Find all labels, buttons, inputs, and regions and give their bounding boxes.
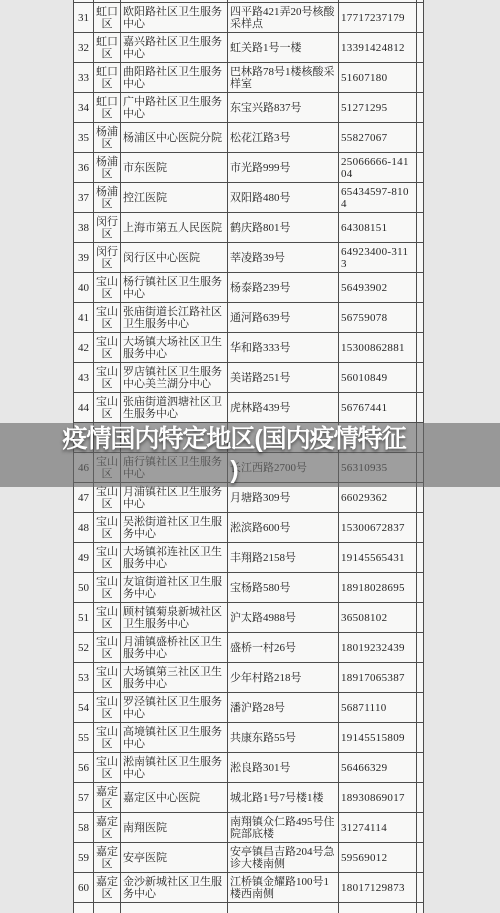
address-cell: 虹关路1号一楼: [228, 33, 339, 63]
address-cell: 少年村路218号: [228, 663, 339, 693]
row-number-cell: 53: [74, 663, 94, 693]
table-edge-gap-cell: [417, 123, 424, 153]
row-number-cell: 60: [74, 873, 94, 903]
institution-name-cell: 上海市第五人民医院: [121, 213, 228, 243]
table-row: 52 宝山区 月浦镇盛桥社区卫生服务中心 盛桥一村26号 18019232439: [74, 633, 424, 663]
address-cell: 莘凌路39号: [228, 243, 339, 273]
row-number-cell: 48: [74, 513, 94, 543]
table-edge-gap-cell: [417, 723, 424, 753]
table-row: 56 宝山区 淞南镇社区卫生服务中心 淞良路301号 56466329: [74, 753, 424, 783]
row-number-cell: 38: [74, 213, 94, 243]
address-cell: 城北路1号7号楼1楼: [228, 783, 339, 813]
phone-cell: 13391424812: [339, 33, 417, 63]
institution-name-cell: 高境镇社区卫生服务中心: [121, 723, 228, 753]
table-row: 51 宝山区 顾村镇菊泉新城社区卫生服务中心 沪太路4988号 36508102: [74, 603, 424, 633]
phone-cell: 66029362: [339, 483, 417, 513]
district-cell: 嘉定区: [94, 873, 121, 903]
table-edge-gap-cell: [417, 63, 424, 93]
table-row: 36 杨浦区 市东医院 市光路999号 25066666-14104: [74, 153, 424, 183]
district-cell: 宝山区: [94, 363, 121, 393]
district-cell: 闵行区: [94, 243, 121, 273]
row-number-cell: 59: [74, 843, 94, 873]
table-row: 31 虹口区 欧阳路社区卫生服务中心 四平路421弄20号核酸采样点 17717…: [74, 3, 424, 33]
institution-name-cell: 曲阳路社区卫生服务中心: [121, 63, 228, 93]
table-edge-gap-cell: [417, 153, 424, 183]
table-edge-gap-cell: [417, 873, 424, 903]
row-number-cell: [74, 903, 94, 913]
row-number-cell: 56: [74, 753, 94, 783]
address-cell: 巴林路78号1楼核酸采样室: [228, 63, 339, 93]
table-row: 33 虹口区 曲阳路社区卫生服务中心 巴林路78号1楼核酸采样室 5160718…: [74, 63, 424, 93]
district-cell: 杨浦区: [94, 123, 121, 153]
district-cell: 宝山区: [94, 633, 121, 663]
institution-name-cell: 金沙新城社区卫生服务中心: [121, 873, 228, 903]
phone-cell: [339, 903, 417, 913]
row-number-cell: 55: [74, 723, 94, 753]
table-row: 38 闵行区 上海市第五人民医院 鹤庆路801号 64308151: [74, 213, 424, 243]
row-number-cell: 41: [74, 303, 94, 333]
phone-cell: 59569012: [339, 843, 417, 873]
table-edge-gap-cell: [417, 303, 424, 333]
address-cell: 华和路333号: [228, 333, 339, 363]
row-number-cell: 57: [74, 783, 94, 813]
table-edge-gap-cell: [417, 483, 424, 513]
address-cell: 松花江路3号: [228, 123, 339, 153]
phone-cell: 51607180: [339, 63, 417, 93]
scanned-document-page: 31 虹口区 欧阳路社区卫生服务中心 四平路421弄20号核酸采样点 17717…: [0, 0, 500, 913]
address-cell: 双阳路480号: [228, 183, 339, 213]
district-cell: 虹口区: [94, 93, 121, 123]
phone-cell: 18930869017: [339, 783, 417, 813]
district-cell: 虹口区: [94, 3, 121, 33]
address-cell: 美诺路251号: [228, 363, 339, 393]
table-edge-gap-cell: [417, 393, 424, 423]
table-edge-gap-cell: [417, 333, 424, 363]
address-cell: 淞良路301号: [228, 753, 339, 783]
clipped-next-row: [74, 903, 424, 913]
institution-name-cell: 大场镇祁连社区卫生服务中心: [121, 543, 228, 573]
phone-cell: 18918028695: [339, 573, 417, 603]
row-number-cell: 40: [74, 273, 94, 303]
institution-name-cell: 友谊街道社区卫生服务中心: [121, 573, 228, 603]
phone-cell: 17717237179: [339, 3, 417, 33]
phone-cell: 51271295: [339, 93, 417, 123]
table-row: 48 宝山区 吴淞街道社区卫生服务中心 淞滨路600号 15300672837: [74, 513, 424, 543]
institution-name-cell: 杨行镇社区卫生服务中心: [121, 273, 228, 303]
row-number-cell: 35: [74, 123, 94, 153]
institution-name-cell: [121, 903, 228, 913]
district-cell: 宝山区: [94, 693, 121, 723]
table-row: 42 宝山区 大场镇大场社区卫生服务中心 华和路333号 15300862881: [74, 333, 424, 363]
district-cell: 宝山区: [94, 753, 121, 783]
district-cell: 宝山区: [94, 543, 121, 573]
address-cell: 盛桥一村26号: [228, 633, 339, 663]
table-edge-gap-cell: [417, 243, 424, 273]
row-number-cell: 51: [74, 603, 94, 633]
district-cell: 宝山区: [94, 723, 121, 753]
district-cell: 宝山区: [94, 663, 121, 693]
address-cell: 鹤庆路801号: [228, 213, 339, 243]
table-edge-gap-cell: [417, 273, 424, 303]
table-row: 57 嘉定区 嘉定区中心医院 城北路1号7号楼1楼 18930869017: [74, 783, 424, 813]
address-cell: 潘沪路28号: [228, 693, 339, 723]
phone-cell: 18019232439: [339, 633, 417, 663]
phone-cell: 31274114: [339, 813, 417, 843]
table-row: [74, 903, 424, 913]
table-edge-gap-cell: [417, 663, 424, 693]
district-cell: 嘉定区: [94, 813, 121, 843]
row-number-cell: 33: [74, 63, 94, 93]
table-row: 58 嘉定区 南翔医院 南翔镇众仁路495号住院部底楼 31274114: [74, 813, 424, 843]
address-cell: 共康东路55号: [228, 723, 339, 753]
table-row: 54 宝山区 罗泾镇社区卫生服务中心 潘沪路28号 56871110: [74, 693, 424, 723]
address-cell: 月塘路309号: [228, 483, 339, 513]
institution-name-cell: 张庙街道长江路社区卫生服务中心: [121, 303, 228, 333]
table-edge-gap-cell: [417, 543, 424, 573]
table-row: 43 宝山区 罗店镇社区卫生服务中心美兰湖分中心 美诺路251号 5601084…: [74, 363, 424, 393]
institution-name-cell: 大场镇大场社区卫生服务中心: [121, 333, 228, 363]
table-edge-gap-cell: [417, 903, 424, 913]
institution-name-cell: 欧阳路社区卫生服务中心: [121, 3, 228, 33]
institution-name-cell: 杨浦区中心医院分院: [121, 123, 228, 153]
institution-name-cell: 罗店镇社区卫生服务中心美兰湖分中心: [121, 363, 228, 393]
district-cell: [94, 903, 121, 913]
district-cell: 闵行区: [94, 213, 121, 243]
table-edge-gap-cell: [417, 573, 424, 603]
phone-cell: 56493902: [339, 273, 417, 303]
table-row: 60 嘉定区 金沙新城社区卫生服务中心 江桥镇金耀路100号1楼西南侧 1801…: [74, 873, 424, 903]
table-edge-gap-cell: [417, 753, 424, 783]
institution-name-cell: 淞南镇社区卫生服务中心: [121, 753, 228, 783]
table-edge-gap-cell: [417, 183, 424, 213]
phone-cell: 25066666-14104: [339, 153, 417, 183]
phone-cell: 64923400-3113: [339, 243, 417, 273]
table-edge-gap-cell: [417, 783, 424, 813]
row-number-cell: 37: [74, 183, 94, 213]
table-row: 44 宝山区 张庙街道泗塘社区卫生服务中心 虎林路439号 56767441: [74, 393, 424, 423]
phone-cell: 64308151: [339, 213, 417, 243]
institution-name-cell: 广中路社区卫生服务中心: [121, 93, 228, 123]
row-number-cell: 44: [74, 393, 94, 423]
phone-cell: 19145565431: [339, 543, 417, 573]
table-edge-gap-cell: [417, 213, 424, 243]
institution-name-cell: 大场镇第三社区卫生服务中心: [121, 663, 228, 693]
institution-name-cell: 安亭医院: [121, 843, 228, 873]
institution-name-cell: 南翔医院: [121, 813, 228, 843]
address-cell: 淞滨路600号: [228, 513, 339, 543]
district-cell: 嘉定区: [94, 783, 121, 813]
row-number-cell: 52: [74, 633, 94, 663]
row-number-cell: 32: [74, 33, 94, 63]
phone-cell: 36508102: [339, 603, 417, 633]
district-cell: 宝山区: [94, 483, 121, 513]
row-number-cell: 39: [74, 243, 94, 273]
address-cell: 宝杨路580号: [228, 573, 339, 603]
table-edge-gap-cell: [417, 363, 424, 393]
district-cell: 宝山区: [94, 333, 121, 363]
row-number-cell: 43: [74, 363, 94, 393]
district-cell: 虹口区: [94, 33, 121, 63]
table-row: 50 宝山区 友谊街道社区卫生服务中心 宝杨路580号 18918028695: [74, 573, 424, 603]
address-cell: 市光路999号: [228, 153, 339, 183]
table-row: 53 宝山区 大场镇第三社区卫生服务中心 少年村路218号 1891706538…: [74, 663, 424, 693]
institution-name-cell: 罗泾镇社区卫生服务中心: [121, 693, 228, 723]
row-number-cell: 50: [74, 573, 94, 603]
district-cell: 嘉定区: [94, 843, 121, 873]
table-row: 37 杨浦区 控江医院 双阳路480号 65434597-8104: [74, 183, 424, 213]
table-row: 59 嘉定区 安亭医院 安亭镇昌吉路204号急诊大楼南侧 59569012: [74, 843, 424, 873]
watermark-text: 疫情国内特定地区(国内疫情特征 ): [60, 424, 408, 486]
district-cell: 宝山区: [94, 303, 121, 333]
table-row: 55 宝山区 高境镇社区卫生服务中心 共康东路55号 19145515809: [74, 723, 424, 753]
address-cell: 虎林路439号: [228, 393, 339, 423]
table-edge-gap-cell: [417, 3, 424, 33]
address-cell: 丰翔路2158号: [228, 543, 339, 573]
phone-cell: 15300862881: [339, 333, 417, 363]
phone-cell: 56767441: [339, 393, 417, 423]
phone-cell: 55827067: [339, 123, 417, 153]
phone-cell: 56759078: [339, 303, 417, 333]
address-cell: 沪太路4988号: [228, 603, 339, 633]
table-row: 41 宝山区 张庙街道长江路社区卫生服务中心 通河路639号 56759078: [74, 303, 424, 333]
table-row: 40 宝山区 杨行镇社区卫生服务中心 杨泰路239号 56493902: [74, 273, 424, 303]
watermark-line1: 疫情国内特定地区(国内疫情特征: [60, 424, 408, 455]
table-edge-gap-cell: [417, 603, 424, 633]
institution-name-cell: 嘉定区中心医院: [121, 783, 228, 813]
address-cell: 通河路639号: [228, 303, 339, 333]
institution-name-cell: 吴淞街道社区卫生服务中心: [121, 513, 228, 543]
address-cell: 安亭镇昌吉路204号急诊大楼南侧: [228, 843, 339, 873]
institution-name-cell: 顾村镇菊泉新城社区卫生服务中心: [121, 603, 228, 633]
row-number-cell: 36: [74, 153, 94, 183]
table-edge-gap-cell: [417, 33, 424, 63]
table-edge-gap-cell: [417, 633, 424, 663]
address-cell: 杨泰路239号: [228, 273, 339, 303]
table-row: 47 宝山区 月浦镇社区卫生服务中心 月塘路309号 66029362: [74, 483, 424, 513]
row-number-cell: 58: [74, 813, 94, 843]
address-cell: [228, 903, 339, 913]
table-row: 39 闵行区 闵行区中心医院 莘凌路39号 64923400-3113: [74, 243, 424, 273]
table-row: 49 宝山区 大场镇祁连社区卫生服务中心 丰翔路2158号 1914556543…: [74, 543, 424, 573]
address-cell: 南翔镇众仁路495号住院部底楼: [228, 813, 339, 843]
district-cell: 杨浦区: [94, 153, 121, 183]
institution-name-cell: 控江医院: [121, 183, 228, 213]
institution-name-cell: 月浦镇盛桥社区卫生服务中心: [121, 633, 228, 663]
address-cell: 江桥镇金耀路100号1楼西南侧: [228, 873, 339, 903]
phone-cell: 19145515809: [339, 723, 417, 753]
district-cell: 宝山区: [94, 393, 121, 423]
institution-name-cell: 市东医院: [121, 153, 228, 183]
institution-name-cell: 嘉兴路社区卫生服务中心: [121, 33, 228, 63]
row-number-cell: 54: [74, 693, 94, 723]
table-row: 32 虹口区 嘉兴路社区卫生服务中心 虹关路1号一楼 13391424812: [74, 33, 424, 63]
district-cell: 宝山区: [94, 603, 121, 633]
table-edge-gap-cell: [417, 513, 424, 543]
phone-cell: 56871110: [339, 693, 417, 723]
phone-cell: 56010849: [339, 363, 417, 393]
row-number-cell: 31: [74, 3, 94, 33]
table-edge-gap-cell: [417, 93, 424, 123]
district-cell: 宝山区: [94, 573, 121, 603]
district-cell: 虹口区: [94, 63, 121, 93]
table-row: 35 杨浦区 杨浦区中心医院分院 松花江路3号 55827067: [74, 123, 424, 153]
table-edge-gap-cell: [417, 693, 424, 723]
district-cell: 宝山区: [94, 273, 121, 303]
district-cell: 宝山区: [94, 513, 121, 543]
table-edge-gap-cell: [417, 813, 424, 843]
phone-cell: 15300672837: [339, 513, 417, 543]
phone-cell: 18917065387: [339, 663, 417, 693]
row-number-cell: 49: [74, 543, 94, 573]
phone-cell: 56466329: [339, 753, 417, 783]
address-cell: 四平路421弄20号核酸采样点: [228, 3, 339, 33]
address-cell: 东宝兴路837号: [228, 93, 339, 123]
table-row: 34 虹口区 广中路社区卫生服务中心 东宝兴路837号 51271295: [74, 93, 424, 123]
phone-cell: 65434597-8104: [339, 183, 417, 213]
row-number-cell: 42: [74, 333, 94, 363]
institution-name-cell: 月浦镇社区卫生服务中心: [121, 483, 228, 513]
district-cell: 杨浦区: [94, 183, 121, 213]
institution-name-cell: 闵行区中心医院: [121, 243, 228, 273]
watermark-line2: ): [60, 455, 408, 486]
institution-name-cell: 张庙街道泗塘社区卫生服务中心: [121, 393, 228, 423]
phone-cell: 18017129873: [339, 873, 417, 903]
row-number-cell: 34: [74, 93, 94, 123]
table-edge-gap-cell: [417, 843, 424, 873]
row-number-cell: 47: [74, 483, 94, 513]
